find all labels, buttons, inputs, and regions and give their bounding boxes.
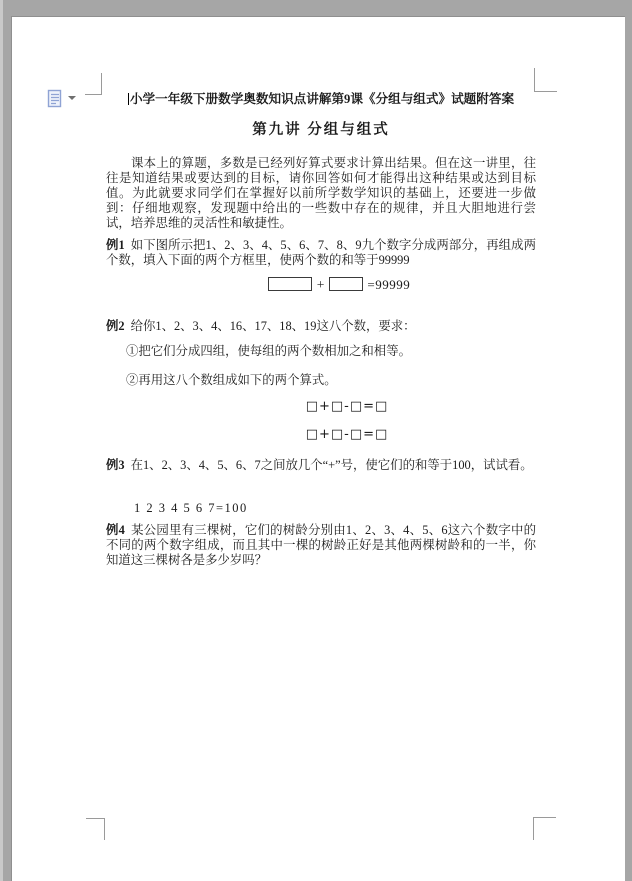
example3-paragraph[interactable]: 例3在1、2、3、4、5、6、7之间放几个“+”号，使它们的和等于100，试试看…	[106, 458, 536, 473]
text-cursor	[128, 93, 129, 105]
equation-result: =99999	[367, 277, 410, 292]
example1-paragraph[interactable]: 例1如下图所示把1、2、3、4、5、6、7、8、9九个数字分成两部分，再组成两个…	[106, 238, 536, 268]
intro-paragraph[interactable]: 课本上的算题，多数是已经列好算式要求计算出结果。但在这一讲里，往往是知道结果或要…	[106, 156, 536, 231]
margin-crop-mark-top-right	[534, 68, 557, 92]
example4-label: 例4	[106, 523, 125, 537]
example2-paragraph[interactable]: 例2给你1、2、3、4、16、17、18、19这八个数，要求：	[106, 319, 536, 334]
example2-item1[interactable]: ①把它们分成四组，使每组的两个数相加之和相等。	[106, 344, 556, 359]
example2-item2[interactable]: ②再用这八个数组成如下的两个算式。	[106, 373, 556, 388]
plus-operator: +	[317, 277, 325, 292]
section-heading[interactable]: 第九讲 分组与组式	[106, 123, 536, 138]
document-page[interactable]: 小学一年级下册数学奥数知识点讲解第9课《分组与组式》试题附答案 第九讲 分组与组…	[11, 16, 625, 881]
answer-box-2[interactable]	[329, 277, 363, 291]
box-equation-row: + =99999	[124, 275, 554, 293]
answer-box-1[interactable]	[268, 277, 312, 291]
dropdown-arrow-icon[interactable]	[68, 96, 76, 100]
example3-equation[interactable]: 1 2 3 4 5 6 7=100	[106, 501, 564, 516]
margin-crop-mark-bottom-right	[533, 817, 556, 840]
clipboard-icon	[47, 89, 62, 108]
formula-row-1[interactable]: □+□-□=□	[132, 399, 562, 414]
example1-label: 例1	[106, 238, 125, 252]
example3-text: 在1、2、3、4、5、6、7之间放几个“+”号，使它们的和等于100，试试看。	[131, 458, 533, 472]
example4-paragraph[interactable]: 例4某公园里有三棵树，它们的树龄分别由1、2、3、4、5、6这六个数字中的不同的…	[106, 523, 536, 568]
margin-crop-mark-bottom-left	[86, 818, 105, 840]
example2-label: 例2	[106, 319, 125, 333]
example4-text: 某公园里有三棵树，它们的树龄分别由1、2、3、4、5、6这六个数字中的不同的两个…	[106, 523, 536, 567]
example1-text: 如下图所示把1、2、3、4、5、6、7、8、9九个数字分成两部分，再组成两个数，…	[106, 238, 536, 267]
document-title[interactable]: 小学一年级下册数学奥数知识点讲解第9课《分组与组式》试题附答案	[106, 91, 536, 107]
window-edge	[0, 0, 3, 881]
formula-row-2[interactable]: □+□-□=□	[132, 427, 562, 442]
example2-text: 给你1、2、3、4、16、17、18、19这八个数，要求：	[131, 319, 416, 333]
example3-label: 例3	[106, 458, 125, 472]
paste-options-button[interactable]	[47, 85, 93, 111]
document-title-text: 小学一年级下册数学奥数知识点讲解第9课《分组与组式》试题附答案	[130, 92, 514, 106]
